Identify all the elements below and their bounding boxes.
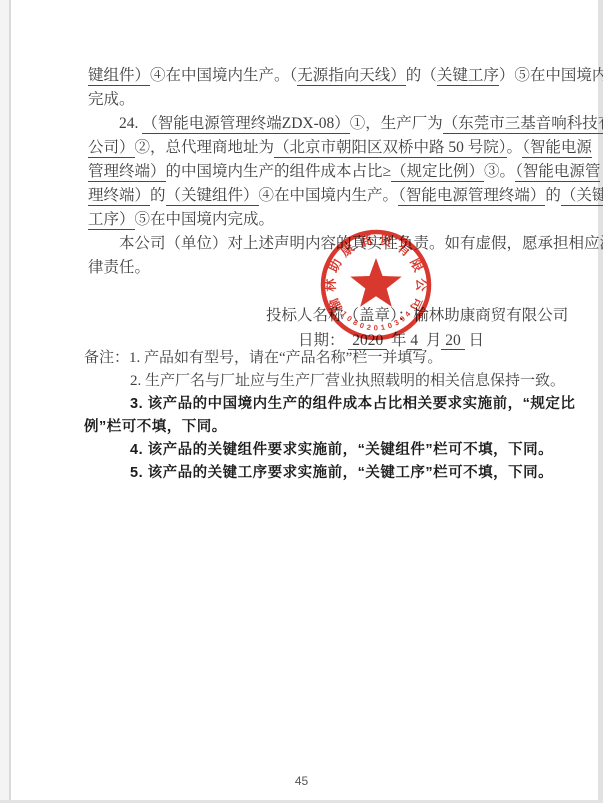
text-segment: 律责任。 xyxy=(88,259,150,276)
text-line: 4. 该产品的关键组件要求实施前，“关键组件”栏可不填，下同。 xyxy=(84,439,534,462)
text-segment: 2. 生产厂名与厂址应与生产厂营业执照载明的相关信息保持一致。 xyxy=(130,373,565,389)
text-line: 理终端）的（关键组件）④在中国境内生产。（智能电源管理终端）的（关键 xyxy=(88,184,528,208)
text-line: 本公司（单位）对上述声明内容的真实性负责。如有虚假，愿承担相应法 xyxy=(88,232,528,256)
text-segment: ①，生产厂为 xyxy=(350,115,443,132)
text-segment: 的 xyxy=(545,187,561,204)
text-segment: 24. xyxy=(119,115,142,132)
text-segment: ④在中国境内生产。（ xyxy=(150,67,297,84)
page-left-edge xyxy=(0,0,11,803)
text-segment: 公司） xyxy=(88,139,135,158)
text-segment: （关键组件） xyxy=(166,187,259,206)
text-segment: （东莞市三基音响科技有限 xyxy=(443,115,603,134)
text-line: 例”栏可不填，下同。 xyxy=(84,416,534,439)
remarks-section: 备注：1. 产品如有型号，请在“产品名称”栏一并填写。2. 生产厂名与厂址应与生… xyxy=(84,347,534,485)
page-number: 45 xyxy=(0,774,603,788)
text-segment: （规定比例） xyxy=(391,163,484,182)
text-segment: 1. 产品如有型号，请在“产品名称”栏一并填写。 xyxy=(129,350,442,366)
star-icon xyxy=(350,258,401,307)
text-line: 3. 该产品的中国境内生产的组件成本占比相关要求实施前，“规定比 xyxy=(84,393,534,416)
text-segment: 管理终端） xyxy=(88,163,166,182)
text-segment: ⑤在中国境内完成。 xyxy=(135,211,275,228)
company-seal-stamp: 榆林助康商贸有限公司 910802010394 xyxy=(311,220,441,350)
text-line: 工序）⑤在中国境内完成。 xyxy=(88,208,528,232)
text-line: 管理终端）的中国境内生产的组件成本占比≥（规定比例）③。（智能电源管 xyxy=(88,160,528,184)
text-segment: 例”栏可不填，下同。 xyxy=(84,419,227,435)
text-segment: 的 xyxy=(150,187,166,204)
text-segment: 备注： xyxy=(84,350,129,366)
text-segment: （智能电源管理终端ZDX-08） xyxy=(142,115,350,134)
text-segment: ）⑤在中国境内 xyxy=(499,67,603,84)
text-segment: （北京市朝阳区双桥中路 50 号院） xyxy=(274,139,507,158)
text-segment: 的（ xyxy=(406,67,437,84)
text-line: 5. 该产品的关键工序要求实施前，“关键工序”栏可不填，下同。 xyxy=(84,462,534,485)
text-line: 完成。 xyxy=(88,88,528,112)
text-segment: 完成。 xyxy=(88,91,135,108)
text-line: 公司）②，总代理商地址为（北京市朝阳区双桥中路 50 号院）。（智能电源 xyxy=(88,136,528,160)
text-segment: 。 xyxy=(507,139,523,156)
text-segment: 键组件） xyxy=(88,67,150,86)
text-segment: 无源指向天线） xyxy=(297,67,406,86)
text-segment: 4. 该产品的关键组件要求实施前，“关键组件”栏可不填，下同。 xyxy=(130,442,553,458)
text-segment: 的中国境内生产的组件成本占比≥ xyxy=(166,163,392,180)
text-segment: ③。 xyxy=(484,163,515,180)
text-segment: （智能电源管理终端） xyxy=(398,187,545,206)
text-line: 2. 生产厂名与厂址应与生产厂营业执照载明的相关信息保持一致。 xyxy=(84,370,534,393)
declaration-body-text: 键组件）④在中国境内生产。（无源指向天线）的（关键工序）⑤在中国境内完成。24.… xyxy=(88,64,528,280)
text-segment: （智能电源 xyxy=(522,139,592,158)
text-segment: 关键工序 xyxy=(437,67,499,86)
text-segment: 理终端） xyxy=(88,187,150,206)
text-segment: （智能电源管 xyxy=(515,163,600,182)
document-page: 键组件）④在中国境内生产。（无源指向天线）的（关键工序）⑤在中国境内完成。24.… xyxy=(0,0,603,803)
text-line: 24. （智能电源管理终端ZDX-08）①，生产厂为（东莞市三基音响科技有限 xyxy=(88,112,528,136)
text-segment: （关键 xyxy=(561,187,603,206)
text-line: 律责任。 xyxy=(88,256,528,280)
text-segment: 5. 该产品的关键工序要求实施前，“关键工序”栏可不填，下同。 xyxy=(130,465,553,481)
text-segment: ②，总代理商地址为 xyxy=(135,139,275,156)
text-segment: 3. 该产品的中国境内生产的组件成本占比相关要求实施前，“规定比 xyxy=(130,396,575,412)
text-segment: ④在中国境内生产。 xyxy=(259,187,399,204)
text-line: 备注：1. 产品如有型号，请在“产品名称”栏一并填写。 xyxy=(84,347,534,370)
text-segment: 工序） xyxy=(88,211,135,230)
text-line: 键组件）④在中国境内生产。（无源指向天线）的（关键工序）⑤在中国境内 xyxy=(88,64,528,88)
